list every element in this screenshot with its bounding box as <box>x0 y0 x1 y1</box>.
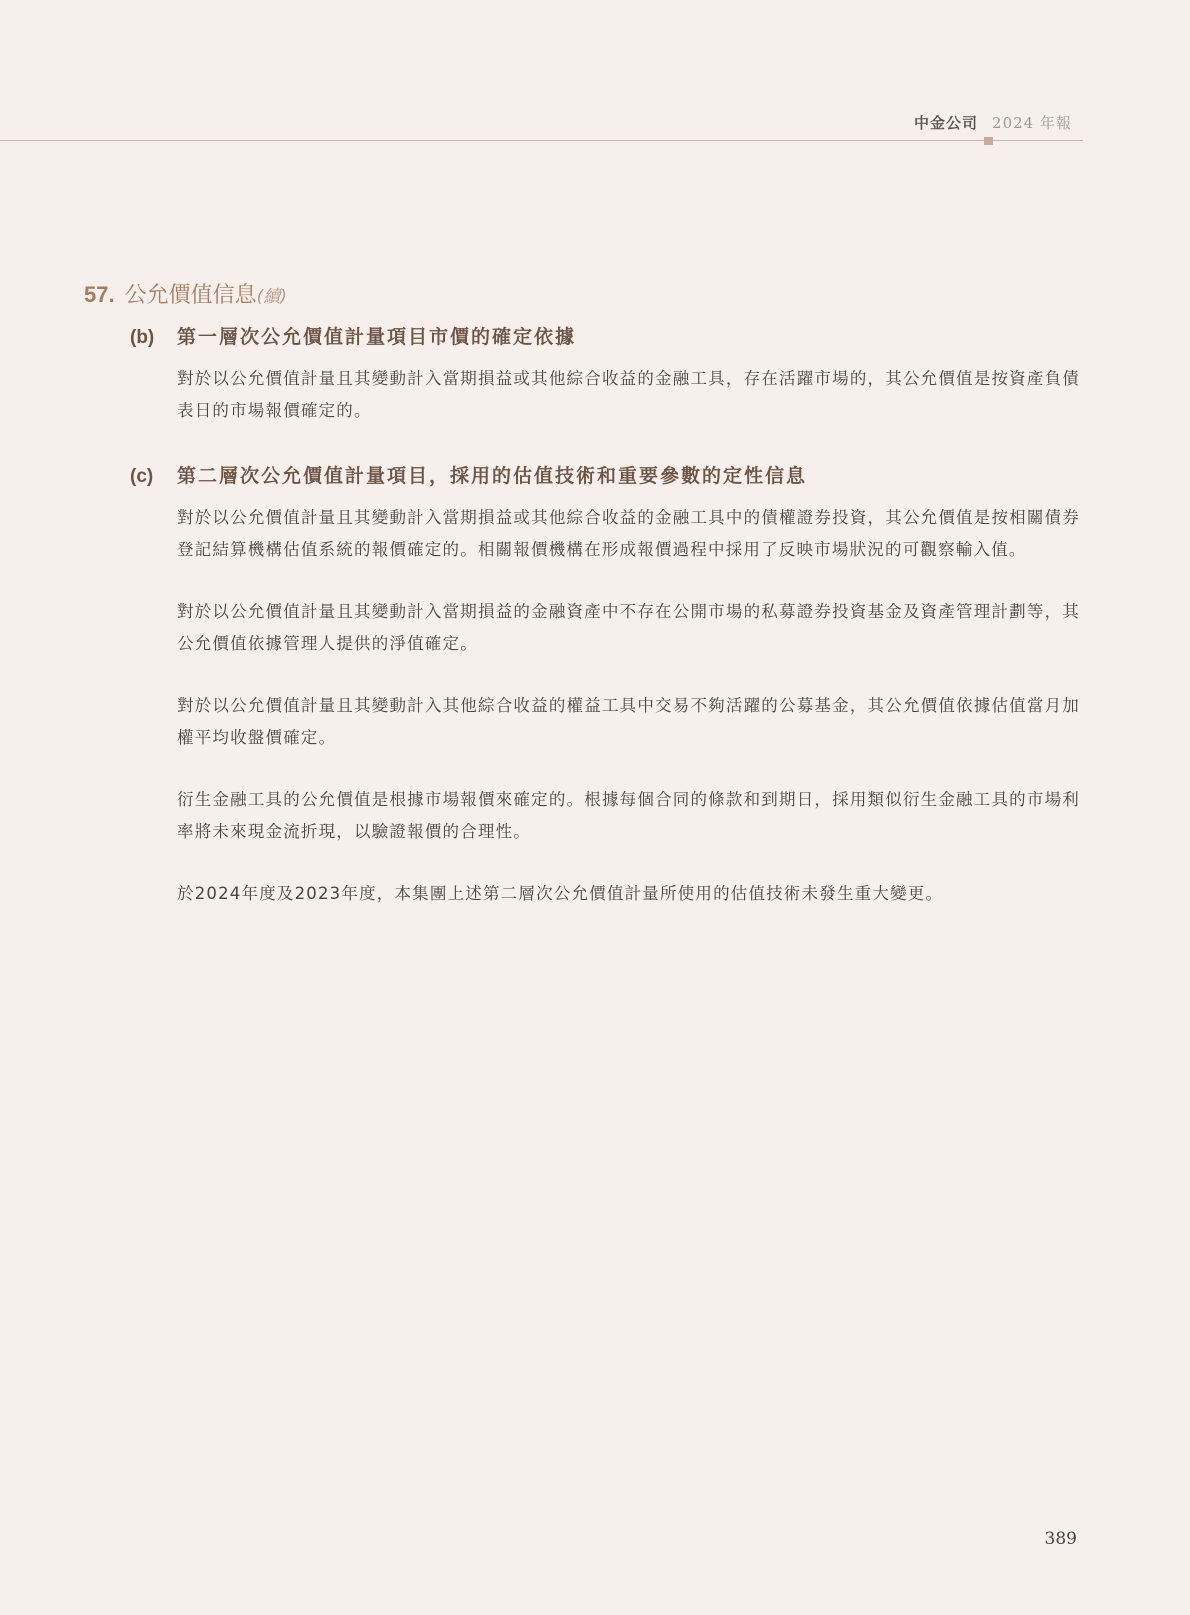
paragraph: 衍生金融工具的公允價值是根據市場報價來確定的。根據每個合同的條款和到期日，採用類… <box>177 784 1080 848</box>
header-marker-square <box>984 137 993 145</box>
paragraph: 對於以公允價值計量且其變動計入當期損益或其他綜合收益的金融工具，存在活躍市場的，… <box>177 363 1080 427</box>
subsection-b: (b) 第一層次公允價值計量項目市價的確定依據 對於以公允價值計量且其變動計入當… <box>130 322 1080 444</box>
subsection-letter: (c) <box>130 466 177 488</box>
subsection-heading-text: 第二層次公允價值計量項目，採用的估值技術和重要參數的定性信息 <box>177 461 807 488</box>
report-title: 2024 年報 <box>992 114 1072 132</box>
subsection-heading: (c) 第二層次公允價值計量項目，採用的估值技術和重要參數的定性信息 <box>130 461 1080 488</box>
page-header: 中金公司2024 年報 <box>914 112 1072 133</box>
section-title: 57.公允價值信息(續) <box>84 278 287 309</box>
subsection-heading-text: 第一層次公允價值計量項目市價的確定依據 <box>177 322 576 349</box>
subsection-letter: (b) <box>130 327 177 349</box>
paragraph: 對於以公允價值計量且其變動計入當期損益或其他綜合收益的金融工具中的債權證券投資，… <box>177 502 1080 566</box>
section-number: 57. <box>84 282 115 307</box>
paragraph: 對於以公允價值計量且其變動計入當期損益的金融資產中不存在公開市場的私募證券投資基… <box>177 596 1080 660</box>
header-divider <box>0 140 1083 141</box>
company-name: 中金公司 <box>914 114 978 132</box>
section-title-text: 公允價值信息 <box>125 283 257 308</box>
paragraph: 對於以公允價值計量且其變動計入其他綜合收益的權益工具中交易不夠活躍的公募基金，其… <box>177 690 1080 754</box>
subsection-c: (c) 第二層次公允價值計量項目，採用的估值技術和重要參數的定性信息 對於以公允… <box>130 461 1080 927</box>
subsection-heading: (b) 第一層次公允價值計量項目市價的確定依據 <box>130 322 1080 349</box>
paragraph: 於2024年度及2023年度，本集團上述第二層次公允價值計量所使用的估值技術未發… <box>177 878 1080 910</box>
continued-label: (續) <box>257 287 287 307</box>
page-number: 389 <box>1045 1529 1077 1549</box>
